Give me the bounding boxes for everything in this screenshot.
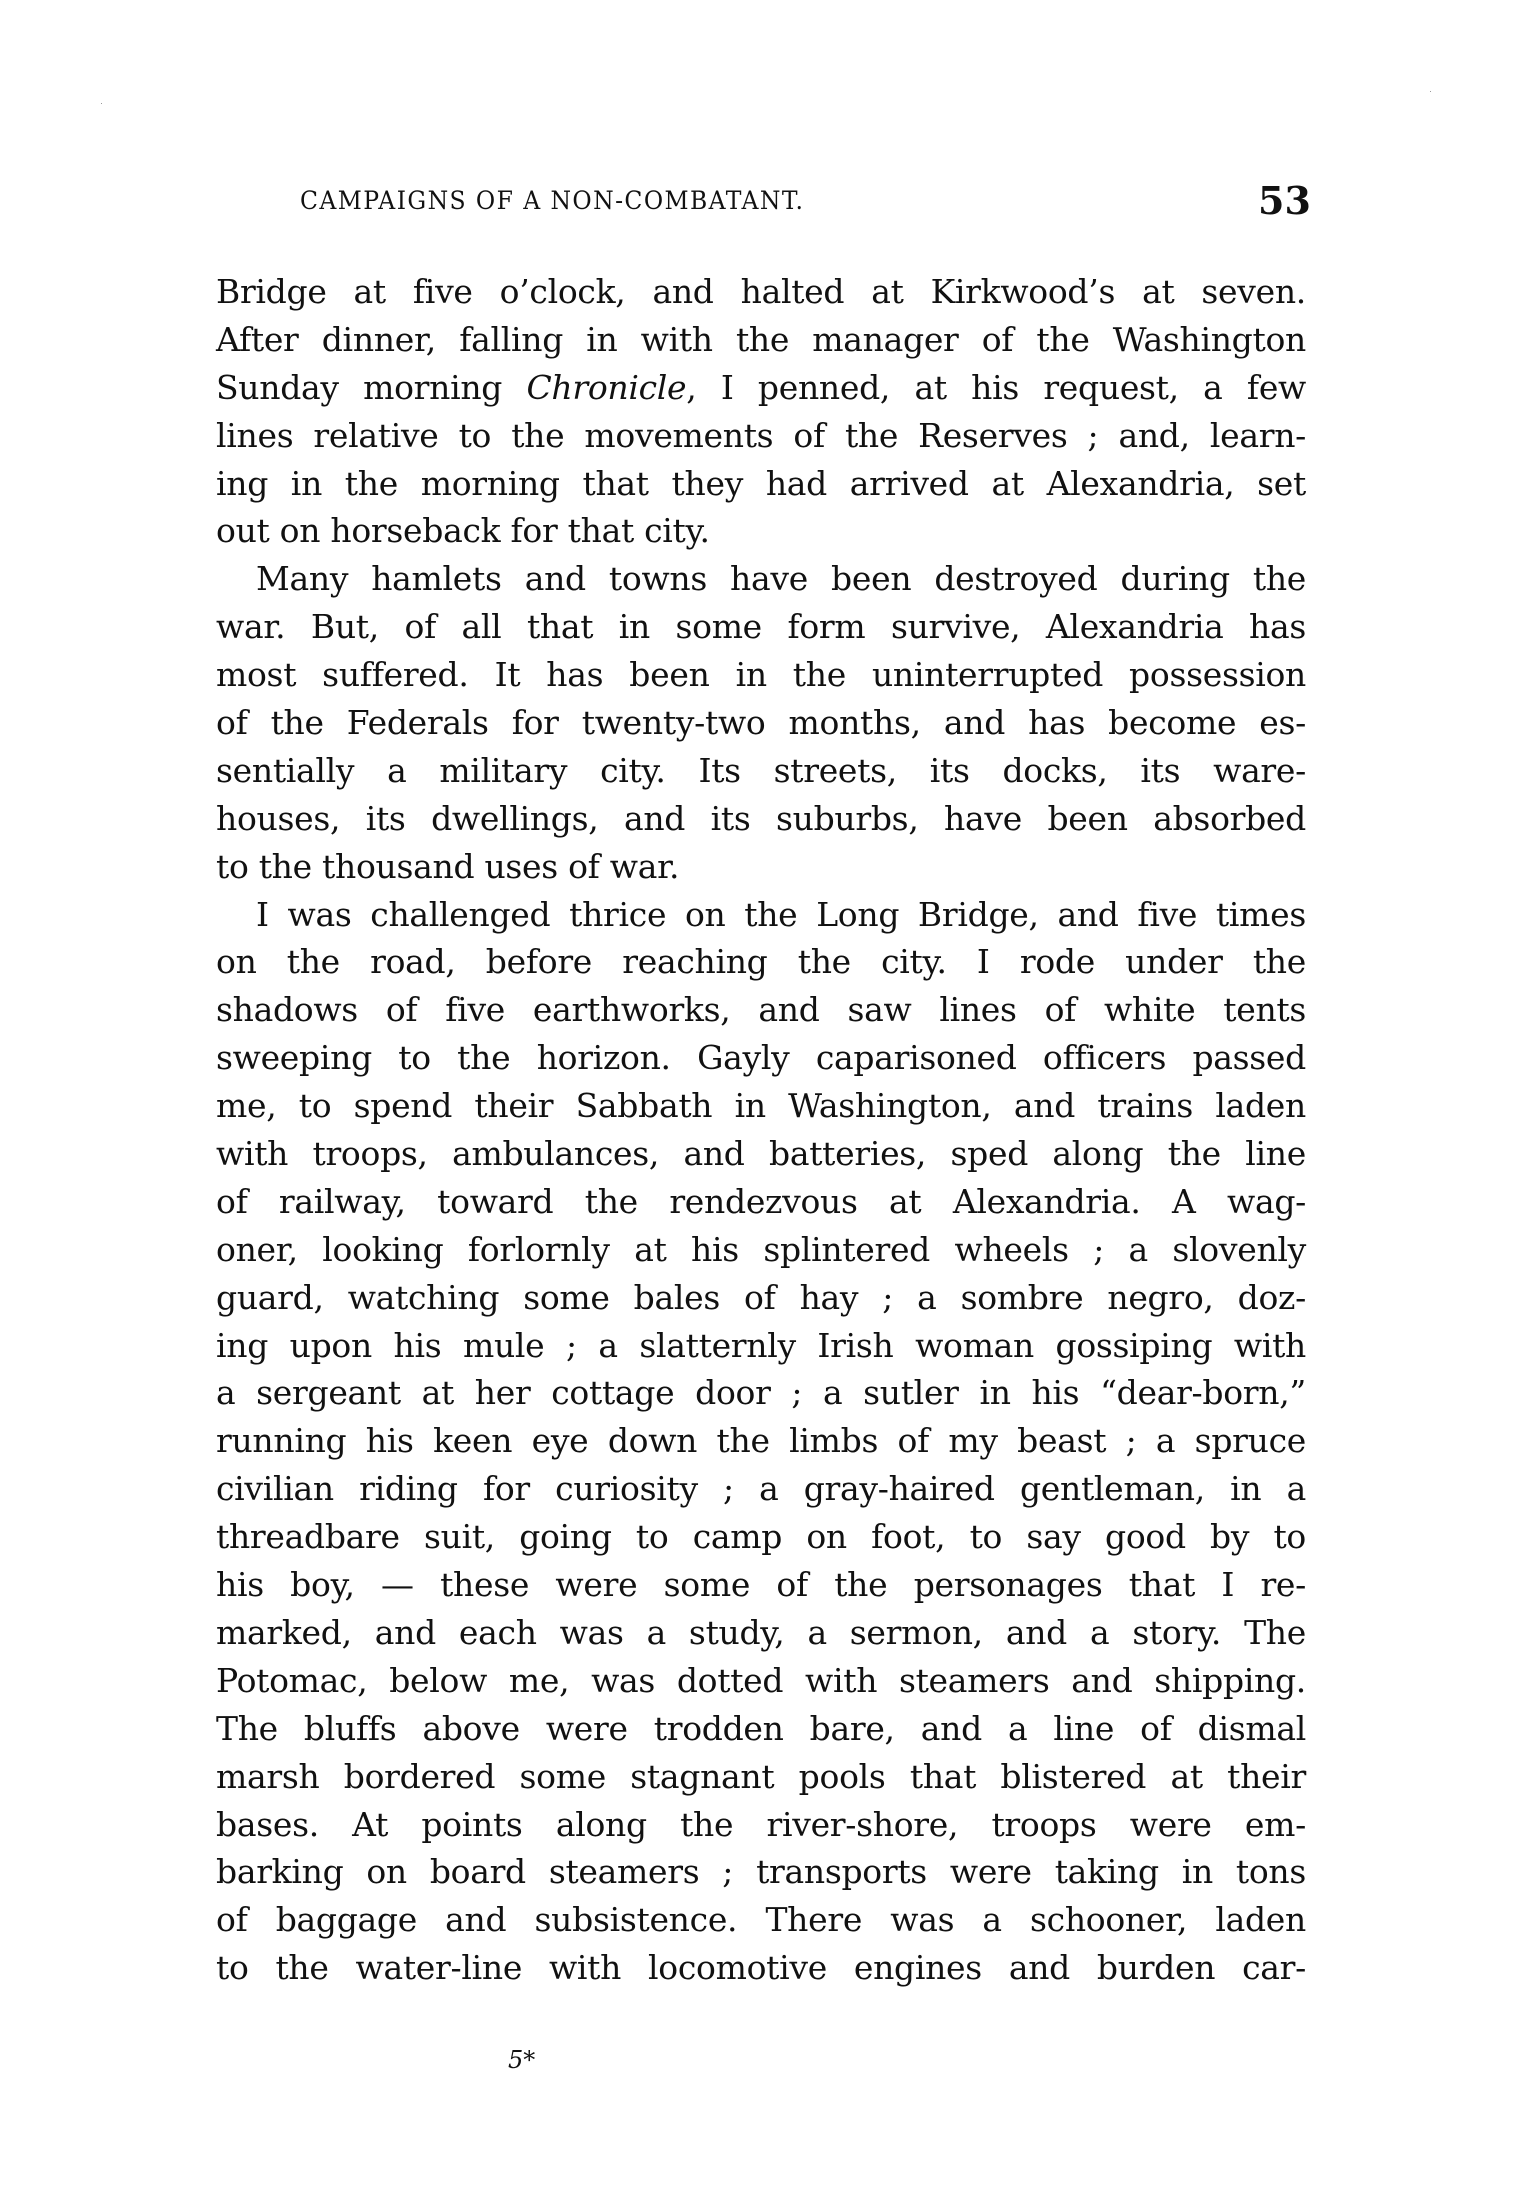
signature-mark: 5* [508, 2046, 535, 2074]
scan-speck [101, 103, 102, 104]
body-text: Bridge at five o’clock, and halted at Ki… [216, 268, 1306, 1992]
text-line: ing upon his mule ; a slatternly Irish w… [216, 1322, 1306, 1370]
text-line: most suffered. It has been in the uninte… [216, 651, 1306, 699]
text-line: lines relative to the movements of the R… [216, 412, 1306, 460]
running-title: CAMPAIGNS OF A NON-COMBATANT. [300, 186, 1043, 215]
text-line: to the thousand uses of war. [216, 843, 1306, 891]
text-line: marked, and each was a study, a sermon, … [216, 1609, 1306, 1657]
text-line: running his keen eye down the limbs of m… [216, 1417, 1306, 1465]
text-line: threadbare suit, going to camp on foot, … [216, 1513, 1306, 1561]
text-line: with troops, ambulances, and batteries, … [216, 1130, 1306, 1178]
book-page: CAMPAIGNS OF A NON-COMBATANT. 53 Bridge … [0, 0, 1535, 2193]
text-line: The bluffs above were trodden bare, and … [216, 1705, 1306, 1753]
text-line: war. But, of all that in some form survi… [216, 603, 1306, 651]
text-line: oner, looking forlornly at his splintere… [216, 1226, 1306, 1274]
text-line: bases. At points along the river-shore, … [216, 1801, 1306, 1849]
paragraph: Bridge at five o’clock, and halted at Ki… [216, 268, 1306, 555]
text-line: civilian riding for curiosity ; a gray-h… [216, 1465, 1306, 1513]
text-line: his boy, — these were some of the person… [216, 1561, 1306, 1609]
text-run: , I penned, at his request, a few [686, 368, 1306, 407]
text-line: out on horseback for that city. [216, 507, 1306, 555]
text-line: Sunday morning Chronicle, I penned, at h… [216, 364, 1306, 412]
text-line: Many hamlets and towns have been destroy… [216, 555, 1306, 603]
page-number: 53 [1258, 178, 1311, 223]
text-line: me, to spend their Sabbath in Washington… [216, 1082, 1306, 1130]
text-line: guard, watching some bales of hay ; a so… [216, 1274, 1306, 1322]
text-line: of railway, toward the rendezvous at Ale… [216, 1178, 1306, 1226]
text-run: Sunday morning [216, 368, 526, 407]
scan-speck [1430, 91, 1431, 92]
text-line: Potomac, below me, was dotted with steam… [216, 1657, 1306, 1705]
text-line: barking on board steamers ; transports w… [216, 1848, 1306, 1896]
text-line: shadows of five earthworks, and saw line… [216, 986, 1306, 1034]
paragraph: Many hamlets and towns have been destroy… [216, 555, 1306, 890]
italic-title-chronicle: Chronicle [526, 368, 686, 407]
text-line: I was challenged thrice on the Long Brid… [216, 891, 1306, 939]
text-line: sentially a military city. Its streets, … [216, 747, 1306, 795]
text-line: houses, its dwellings, and its suburbs, … [216, 795, 1306, 843]
text-line: ing in the morning that they had arrived… [216, 460, 1306, 508]
text-line: Bridge at five o’clock, and halted at Ki… [216, 268, 1306, 316]
text-line: of the Federals for twenty-two months, a… [216, 699, 1306, 747]
paragraph: I was challenged thrice on the Long Brid… [216, 891, 1306, 1992]
text-line: a sergeant at her cottage door ; a sutle… [216, 1369, 1306, 1417]
text-line: of baggage and subsistence. There was a … [216, 1896, 1306, 1944]
text-line: After dinner, falling in with the manage… [216, 316, 1306, 364]
text-line: to the water-line with locomotive engine… [216, 1944, 1306, 1992]
text-line: marsh bordered some stagnant pools that … [216, 1753, 1306, 1801]
text-line: on the road, before reaching the city. I… [216, 938, 1306, 986]
text-line: sweeping to the horizon. Gayly caparison… [216, 1034, 1306, 1082]
